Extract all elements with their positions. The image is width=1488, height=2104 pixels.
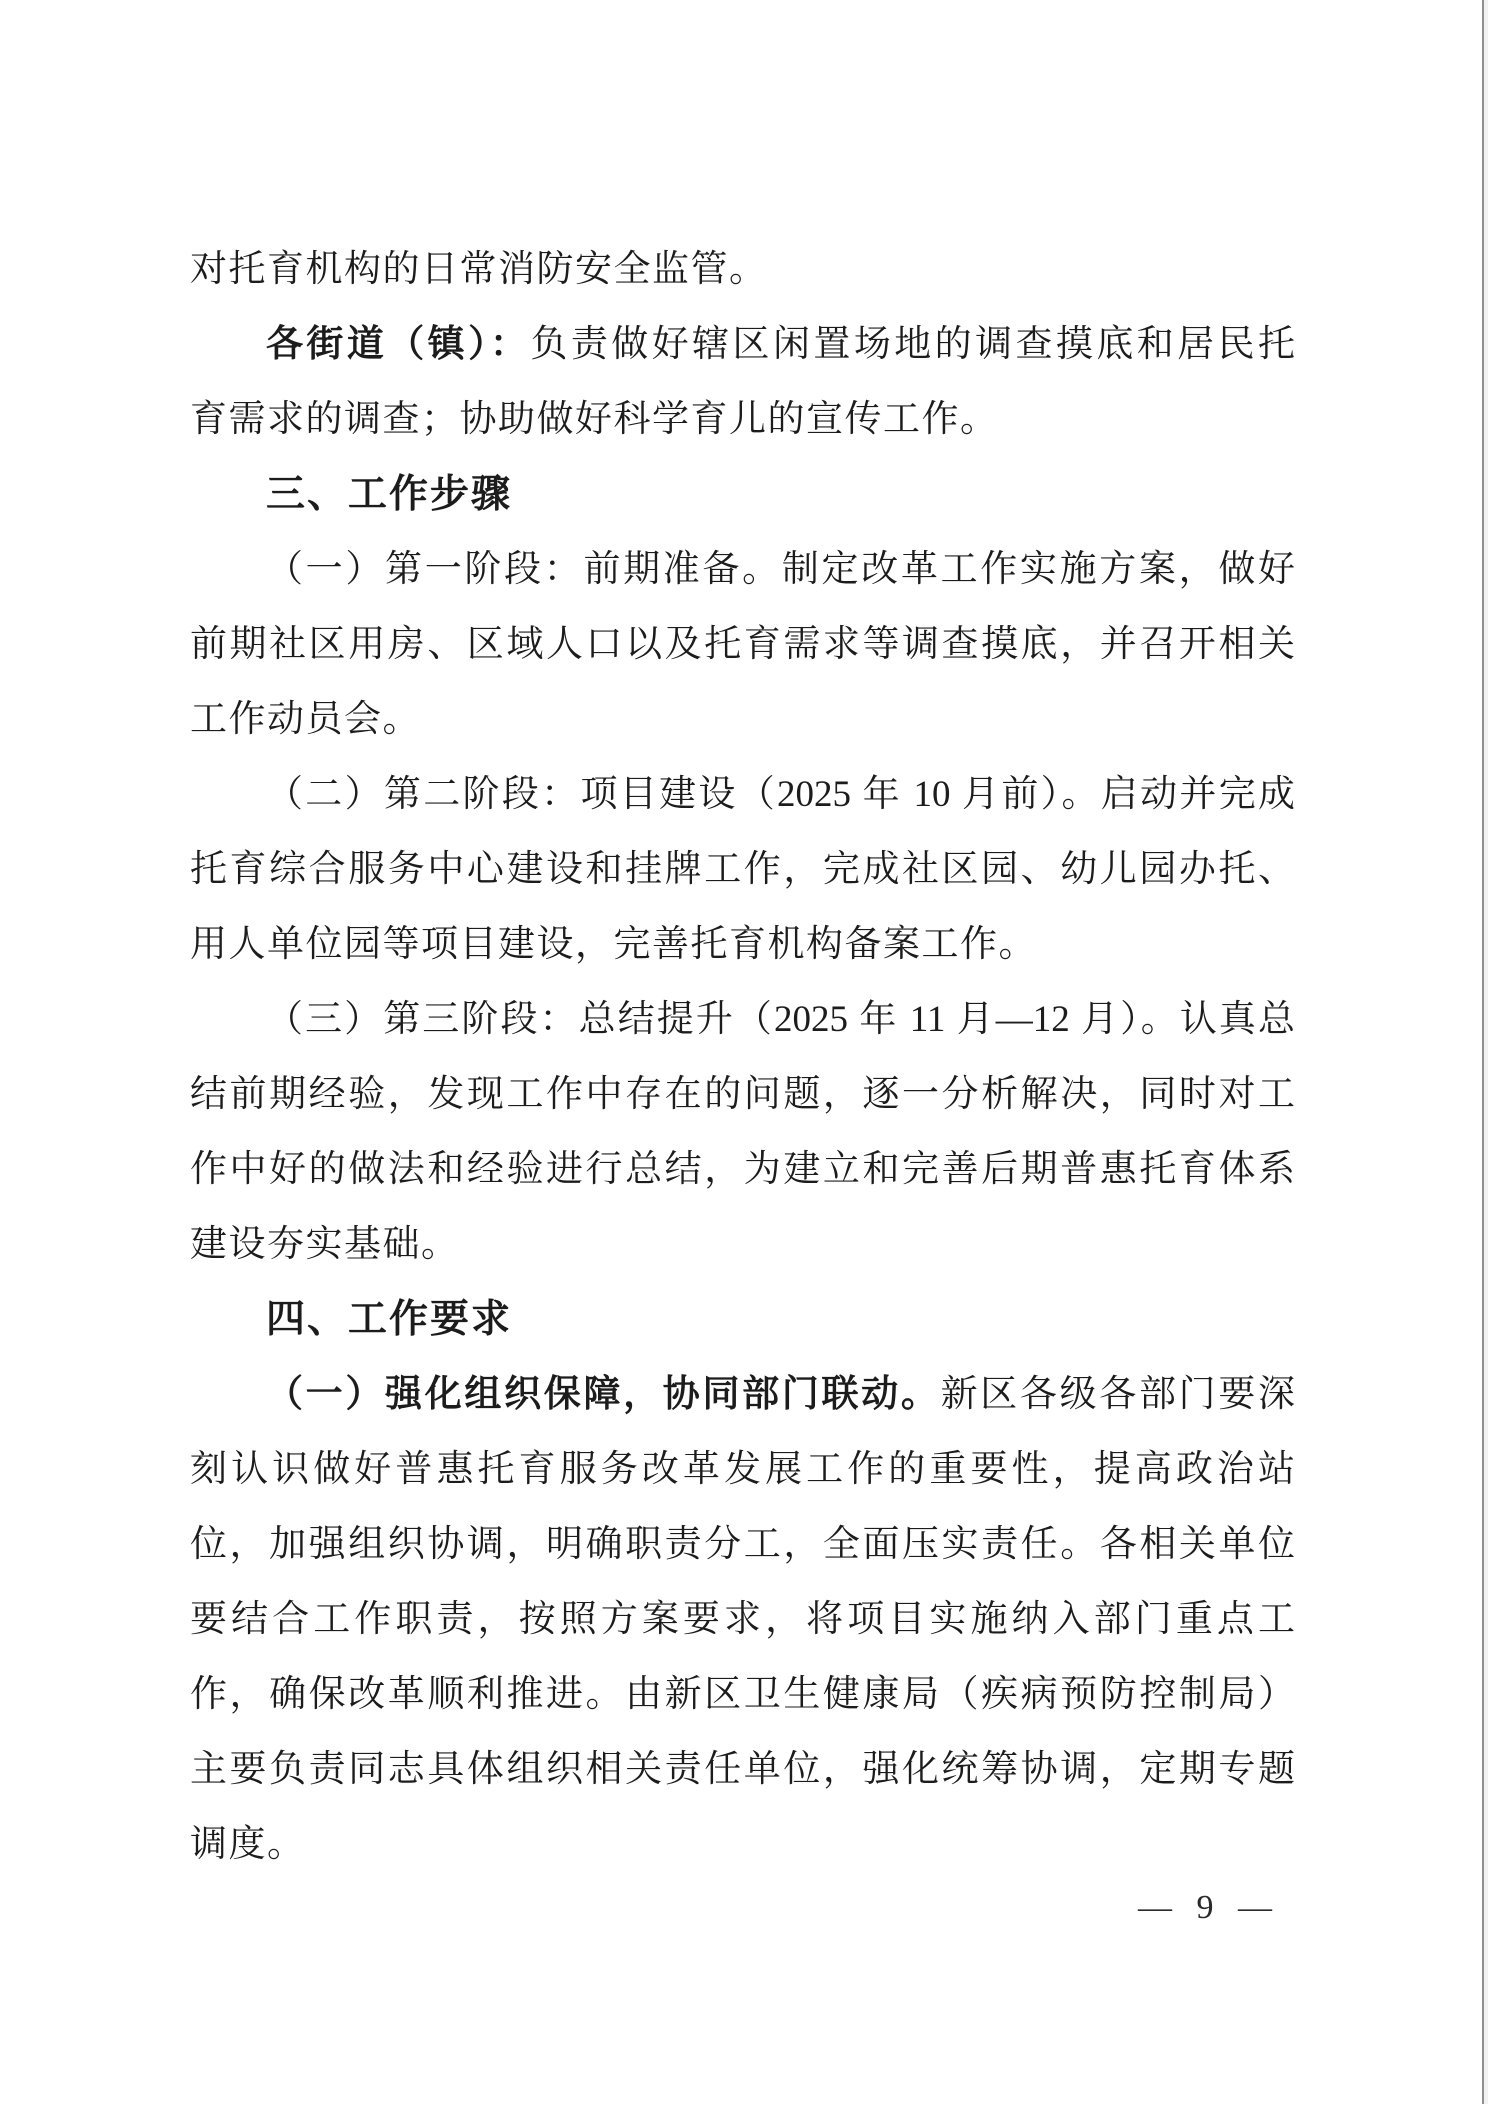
text-segment-body: 作中好的做法和经验进行总结，为建立和完善后期普惠托育体系 — [190, 1149, 1295, 1190]
text-segment-body: 制定改革工作实施方案，做好 — [782, 549, 1295, 590]
text-line: （三）第三阶段：总结提升（2025 年 11 月—12 月）。认真总 — [190, 982, 1295, 1057]
scan-edge-margin — [1484, 0, 1488, 2104]
page-number: — 9 — — [1138, 1888, 1298, 1928]
text-line: 要结合工作职责，按照方案要求，将项目实施纳入部门重点工 — [190, 1582, 1295, 1657]
text-line: 位，加强组织协调，明确职责分工，全面压实责任。各相关单位 — [190, 1507, 1295, 1582]
text-line: 工作动员会。 — [190, 682, 1295, 757]
text-segment-body: 启动并完成 — [1101, 774, 1295, 815]
text-line: 育需求的调查；协助做好科学育儿的宣传工作。 — [190, 382, 1295, 457]
text-segment-body: 工作动员会。 — [190, 699, 421, 740]
text-segment-lead-bold: 各街道（镇）： — [266, 324, 530, 365]
section-heading: 三、工作步骤 — [190, 457, 1295, 532]
document-body: 对托育机构的日常消防安全监管。各街道（镇）：负责做好辖区闲置场地的调查摸底和居民… — [190, 232, 1295, 1882]
scan-edge-line — [1482, 0, 1484, 2104]
text-segment-body: 位，加强组织协调，明确职责分工，全面压实责任。各相关单位 — [190, 1524, 1295, 1565]
text-segment-body: 用人单位园等项目建设，完善托育机构备案工作。 — [190, 924, 1037, 965]
text-segment-body: 刻认识做好普惠托育服务改革发展工作的重要性，提高政治站 — [190, 1449, 1295, 1490]
text-line: 作中好的做法和经验进行总结，为建立和完善后期普惠托育体系 — [190, 1132, 1295, 1207]
text-line: （一）第一阶段：前期准备。制定改革工作实施方案，做好 — [190, 532, 1295, 607]
text-segment-body: 调度。 — [190, 1824, 306, 1865]
text-line: 主要负责同志具体组织相关责任单位，强化统筹协调，定期专题 — [190, 1732, 1295, 1807]
text-segment-body: 主要负责同志具体组织相关责任单位，强化统筹协调，定期专题 — [190, 1749, 1295, 1790]
text-segment-body: 要结合工作职责，按照方案要求，将项目实施纳入部门重点工 — [190, 1599, 1295, 1640]
text-segment-body: 作，确保改革顺利推进。由新区卫生健康局（疾病预防控制局） — [190, 1674, 1295, 1715]
text-line: 对托育机构的日常消防安全监管。 — [190, 232, 1295, 307]
text-line: 作，确保改革顺利推进。由新区卫生健康局（疾病预防控制局） — [190, 1657, 1295, 1732]
document-page: 对托育机构的日常消防安全监管。各街道（镇）：负责做好辖区闲置场地的调查摸底和居民… — [0, 0, 1488, 2104]
text-segment-body: 建设夯实基础。 — [190, 1224, 460, 1265]
text-segment-lead: （三）第三阶段：总结提升（2025 年 11 月—12 月）。 — [266, 999, 1180, 1040]
text-line: 各街道（镇）：负责做好辖区闲置场地的调查摸底和居民托 — [190, 307, 1295, 382]
text-line: 调度。 — [190, 1807, 1295, 1882]
text-line: 结前期经验，发现工作中存在的问题，逐一分析解决，同时对工 — [190, 1057, 1295, 1132]
text-segment-heading: 三、工作步骤 — [266, 473, 512, 516]
text-line: 前期社区用房、区域人口以及托育需求等调查摸底，并召开相关 — [190, 607, 1295, 682]
section-heading: 四、工作要求 — [190, 1282, 1295, 1357]
text-segment-body: 托育综合服务中心建设和挂牌工作，完成社区园、幼儿园办托、 — [190, 849, 1295, 890]
text-line: 建设夯实基础。 — [190, 1207, 1295, 1282]
text-segment-body: 育需求的调查；协助做好科学育儿的宣传工作。 — [190, 399, 999, 440]
text-segment-lead: （二）第二阶段：项目建设（2025 年 10 月前）。 — [266, 774, 1101, 815]
text-line: （一）强化组织保障，协同部门联动。新区各级各部门要深 — [190, 1357, 1295, 1432]
text-line: （二）第二阶段：项目建设（2025 年 10 月前）。启动并完成 — [190, 757, 1295, 832]
text-segment-body: 认真总 — [1180, 999, 1295, 1040]
text-line: 托育综合服务中心建设和挂牌工作，完成社区园、幼儿园办托、 — [190, 832, 1295, 907]
text-segment-body: 新区各级各部门要深 — [941, 1374, 1295, 1415]
text-segment-lead: （一）第一阶段：前期准备。 — [266, 549, 782, 590]
text-segment-body: 前期社区用房、区域人口以及托育需求等调查摸底，并召开相关 — [190, 624, 1295, 665]
text-segment-body: 结前期经验，发现工作中存在的问题，逐一分析解决，同时对工 — [190, 1074, 1295, 1115]
text-segment-body: 对托育机构的日常消防安全监管。 — [190, 249, 768, 290]
text-segment-heading: 四、工作要求 — [266, 1298, 512, 1341]
text-segment-lead-bold: （一）强化组织保障，协同部门联动。 — [266, 1374, 941, 1415]
text-segment-body: 负责做好辖区闲置场地的调查摸底和居民托 — [530, 324, 1295, 365]
text-line: 刻认识做好普惠托育服务改革发展工作的重要性，提高政治站 — [190, 1432, 1295, 1507]
text-line: 用人单位园等项目建设，完善托育机构备案工作。 — [190, 907, 1295, 982]
